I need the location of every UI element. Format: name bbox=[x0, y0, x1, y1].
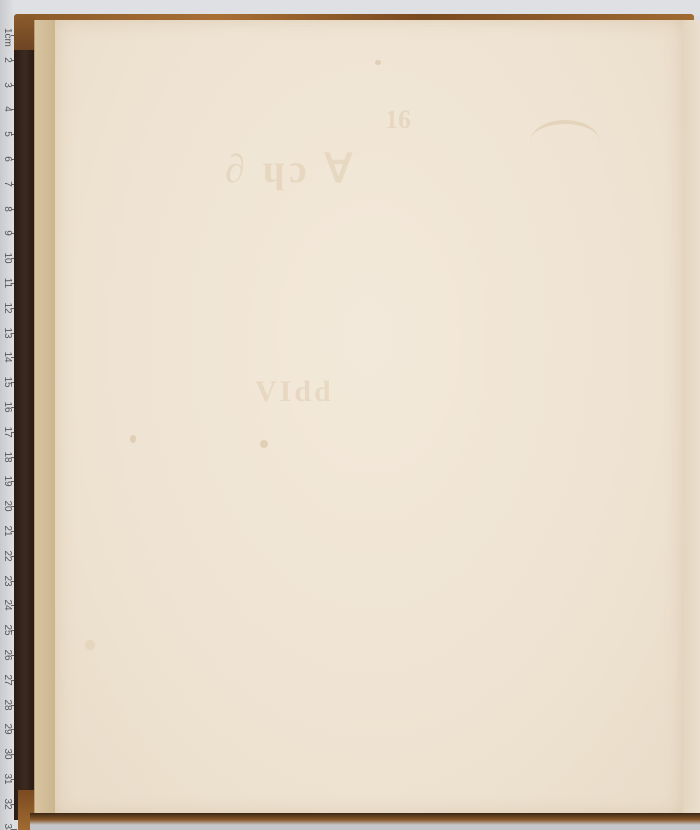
page-stack-edge bbox=[683, 20, 700, 815]
book-scan: 1cm2345678910111213141516171819202122232… bbox=[0, 0, 700, 830]
book-spine bbox=[14, 50, 36, 820]
show-through-arc bbox=[530, 120, 600, 164]
endpaper-edge bbox=[34, 20, 57, 820]
spine-top-worn bbox=[14, 16, 36, 52]
show-through-text: VIdd bbox=[255, 375, 334, 409]
blank-page: 16 ∂ ɥɔ ∀ VIdd bbox=[55, 20, 684, 815]
cover-bottom-edge bbox=[30, 813, 700, 830]
show-through-text: 16 bbox=[385, 105, 411, 135]
ruler-tick bbox=[11, 829, 17, 830]
show-through-text: ∂ ɥɔ ∀ bbox=[225, 145, 356, 192]
measurement-ruler: 1cm2345678910111213141516171819202122232… bbox=[0, 0, 14, 830]
